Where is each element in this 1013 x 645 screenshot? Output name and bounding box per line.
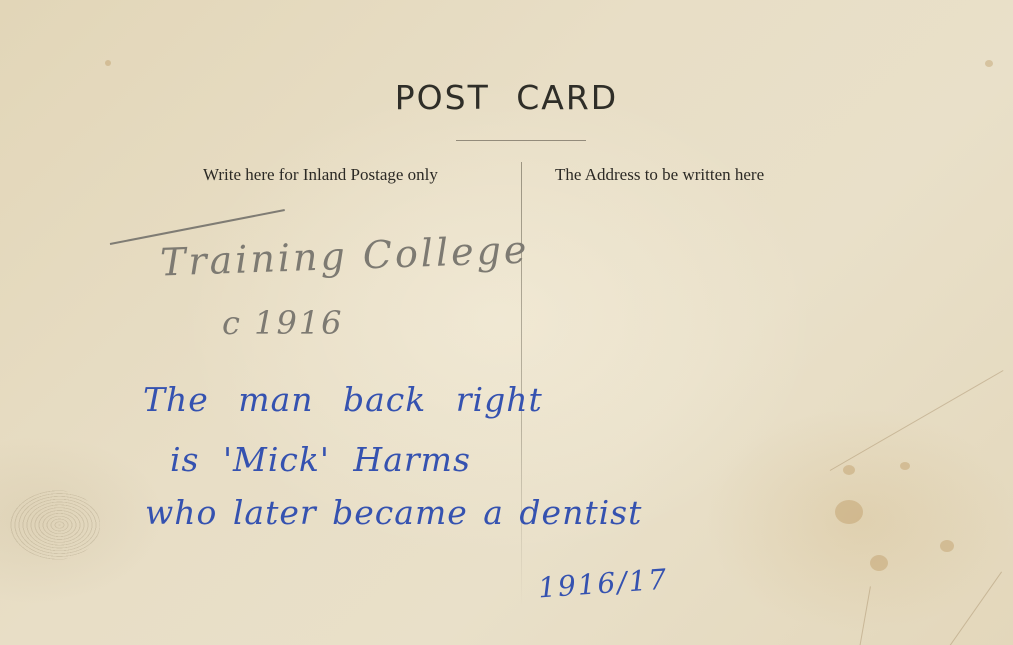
postcard-title: POST CARD xyxy=(0,78,1013,117)
paper-crease xyxy=(860,586,871,645)
foxing-stain xyxy=(105,60,111,66)
ink-note-line-1: The man back right xyxy=(143,380,543,419)
message-area-label: Write here for Inland Postage only xyxy=(203,165,438,185)
paper-crease xyxy=(950,571,1002,645)
foxing-stain xyxy=(835,500,863,524)
ink-note-date: 1916/17 xyxy=(537,562,669,604)
fingerprint-smudge xyxy=(10,490,100,560)
foxing-stain xyxy=(940,540,954,552)
paper-crease xyxy=(830,370,1004,471)
pencil-note-college: Training College xyxy=(159,228,530,285)
ink-note-line-2: is 'Mick' Harms xyxy=(170,440,471,479)
foxing-stain xyxy=(870,555,888,571)
postcard-back: POST CARD Write here for Inland Postage … xyxy=(0,0,1013,645)
title-underline xyxy=(456,140,586,141)
foxing-stain xyxy=(843,465,855,475)
address-area-label: The Address to be written here xyxy=(555,165,764,185)
foxing-stain xyxy=(900,462,910,470)
ink-note-line-3: who later became a dentist xyxy=(145,493,642,532)
foxing-stain xyxy=(985,60,993,67)
pencil-note-year: c 1916 xyxy=(222,304,344,342)
